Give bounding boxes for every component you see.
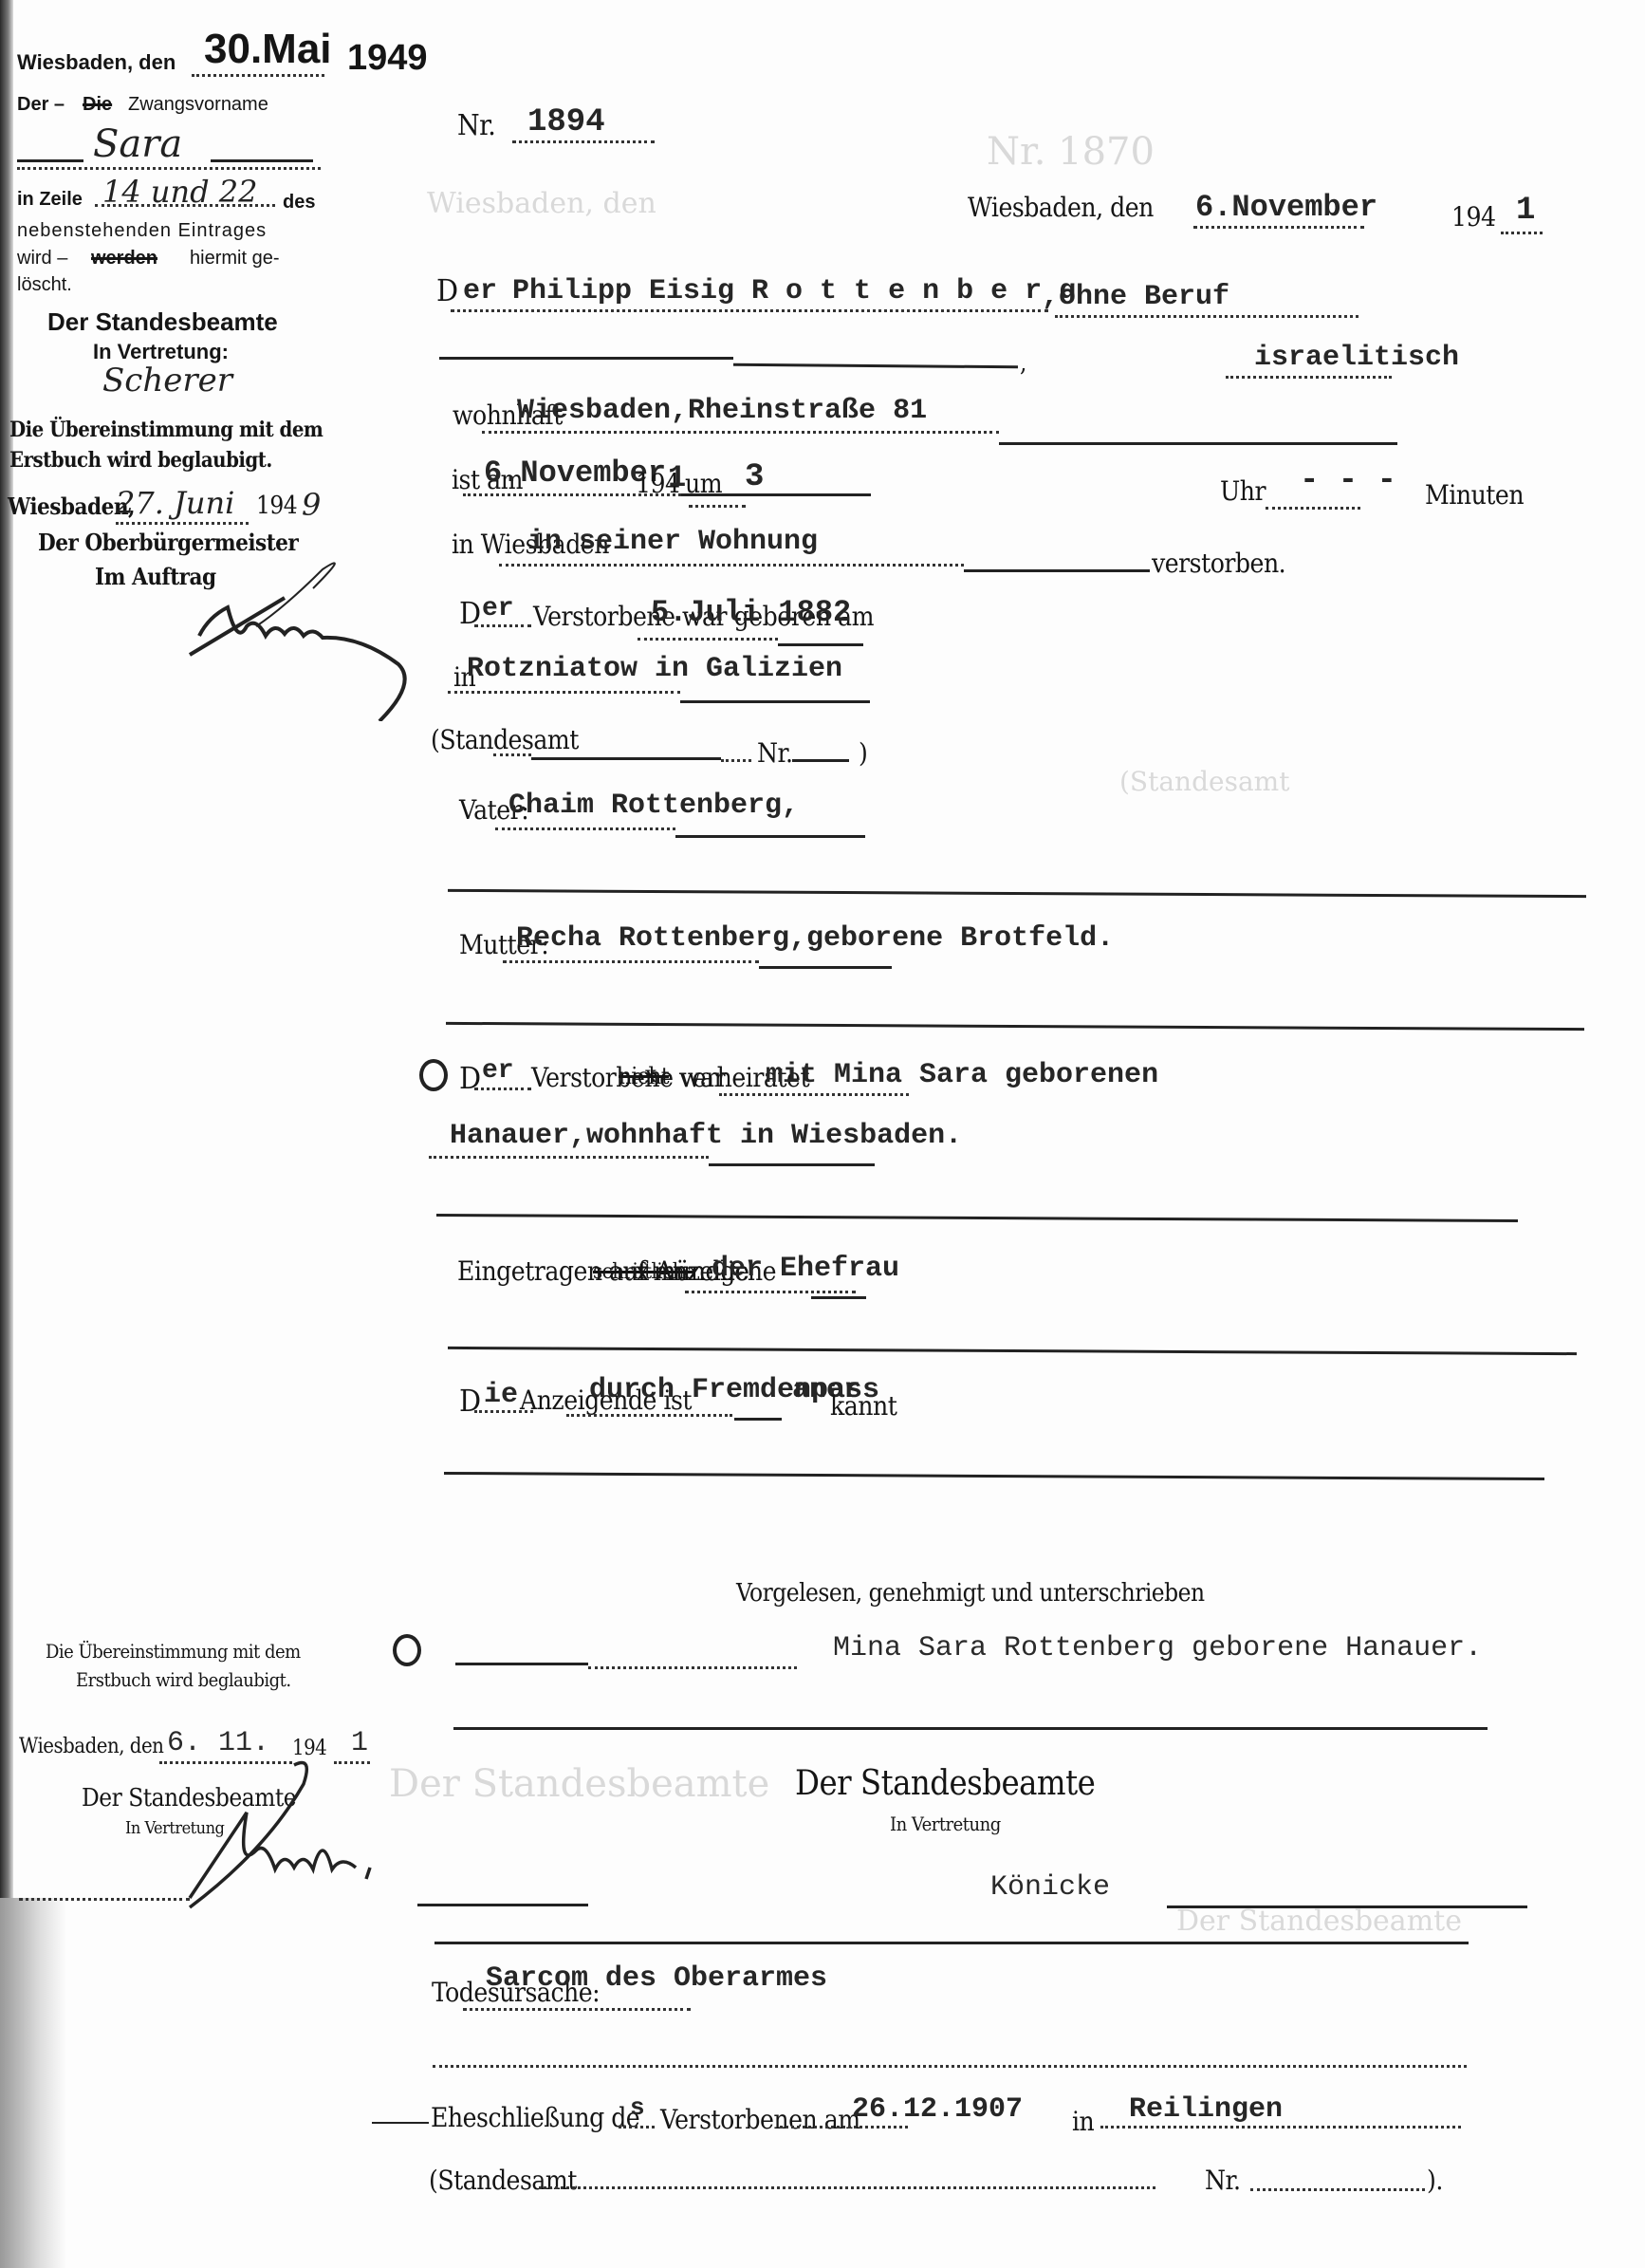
record-birth-date-line-end xyxy=(778,643,863,646)
cert1941-signature xyxy=(171,1756,398,1917)
record-married-x: x – xyxy=(645,1063,672,1086)
record-date-value: 6.November xyxy=(1195,193,1377,223)
margin-name-line-right xyxy=(211,159,313,162)
record-marriage-label-pre: Eheschließung de xyxy=(431,2105,639,2131)
record-birth-date-field-line xyxy=(638,638,778,641)
record-cause-blank-line xyxy=(433,2065,1467,2068)
bleed-through-text: Der Standesbeamte xyxy=(389,1765,769,1803)
margin-zeile-field-line xyxy=(95,204,275,207)
record-minuten-label: Minuten xyxy=(1425,482,1524,509)
cert1949-year-prefix: 194 xyxy=(256,493,297,518)
record-date-field-line xyxy=(1193,226,1364,229)
record-married-suffix-line xyxy=(474,1088,531,1090)
record-blank-line xyxy=(439,357,733,360)
margin-official-title: Der Standesbeamte xyxy=(47,309,278,334)
record-anzeigende-blank-line xyxy=(444,1472,1544,1480)
record-marriage-s-line xyxy=(619,2126,655,2129)
record-informant: der Ehefrau xyxy=(712,1255,899,1283)
record-marriage-place-field-line xyxy=(1100,2126,1461,2129)
record-death-place: in seiner Wohnung xyxy=(527,528,818,556)
record-standesamt2-label: (Standesamt xyxy=(429,2167,577,2194)
record-official-blank-line xyxy=(434,1942,1469,1944)
record-standesamt-field-line xyxy=(493,753,531,756)
margin-nebenstehenden-line: nebenstehenden Eintrages xyxy=(17,221,267,240)
record-death-place-line-end xyxy=(964,569,1150,572)
record-mother-blank-line xyxy=(446,1022,1584,1031)
record-bekannt-label: kannt xyxy=(830,1393,896,1420)
bleed-through-text: Wiesbaden, den xyxy=(427,190,656,218)
record-standesamt-nr-line xyxy=(792,759,849,762)
margin-zwangsvorname-label: Zwangsvorname xyxy=(128,95,268,114)
record-standesamt-close: ) xyxy=(859,740,867,767)
record-identification-line xyxy=(734,1418,782,1421)
bleed-through-text: Nr. 1870 xyxy=(987,133,1155,171)
cert1949-line1: Die Übereinstimmung mit dem xyxy=(9,419,323,440)
record-year-prefix: 194 xyxy=(1451,204,1496,231)
record-standesamt2-nr-label: Nr. xyxy=(1205,2167,1241,2194)
record-marriage-date-field-line xyxy=(780,2126,908,2129)
cert1941-place-label: Wiesbaden, den xyxy=(19,1737,163,1757)
record-residence-field-line xyxy=(482,431,999,434)
record-standesamt2-close: ). xyxy=(1427,2167,1443,2194)
record-death-hour: 3 xyxy=(745,461,764,493)
cert1941-line1: Die Übereinstimmung mit dem xyxy=(46,1642,301,1661)
record-birth-date: 5.Juli 1882 xyxy=(651,598,851,628)
record-spouse-field-line xyxy=(719,1093,909,1096)
record-spouse-line2: Hanauer,wohnhaft in Wiesbaden. xyxy=(450,1122,962,1150)
record-official-line-1 xyxy=(417,1904,588,1906)
bleed-through-text: Der Standesbeamte xyxy=(1176,1907,1462,1936)
margin-signature-scherer: Scherer xyxy=(102,364,232,397)
record-standesamt2-field-line xyxy=(539,2186,1155,2189)
record-death-place-field-line xyxy=(499,564,964,567)
record-married-suffix: er xyxy=(482,1058,514,1085)
record-nr-label: Nr. xyxy=(457,112,495,140)
margin-year: 1949 xyxy=(347,40,428,76)
record-religion: israelitisch xyxy=(1254,344,1459,372)
margin-name-value: Sara xyxy=(93,125,182,163)
margin-des-label: des xyxy=(283,193,315,212)
record-year-suffix: 1 xyxy=(1516,195,1535,227)
cert1941-date-value: 6. 11. xyxy=(167,1729,269,1757)
record-marriage-s: s xyxy=(630,2095,645,2120)
record-um-field-line xyxy=(689,505,746,508)
record-official-title: Der Standesbeamte xyxy=(795,1767,1095,1801)
bleed-through-text: (Standesamt xyxy=(1119,769,1289,795)
cert1949-date-field-line xyxy=(116,522,249,525)
record-mother: Recha Rottenberg,geborene Brotfeld. xyxy=(516,924,1114,953)
record-religion-field-line xyxy=(1226,376,1392,379)
record-marriage-date: 26.12.1907 xyxy=(852,2095,1023,2124)
record-signature-blank-line xyxy=(453,1727,1488,1730)
margin-zeile-value: 14 und 22 xyxy=(102,177,257,207)
record-father: Chaim Rottenberg, xyxy=(508,791,799,820)
record-father-line-end xyxy=(675,835,865,838)
record-cause-of-death: Sarcom des Oberarmes xyxy=(486,1964,827,1993)
record-death-year-suffix: 1 xyxy=(668,463,686,493)
margin-name-dotted-line xyxy=(17,167,321,170)
record-identification-field-line xyxy=(566,1414,732,1417)
margin-in-vertretung: In Vertretung: xyxy=(93,342,229,363)
record-death-minutes: - - - xyxy=(1300,465,1396,497)
record-mother-line-end xyxy=(759,966,892,969)
record-occupation: ,ohne Beruf xyxy=(1042,283,1229,311)
record-spouse-line1: mit Mina Sara geborenen xyxy=(766,1061,1158,1089)
record-standesamt2-nr-field-line xyxy=(1250,2188,1425,2191)
record-place-date-label: Wiesbaden, den xyxy=(968,195,1154,221)
record-signature-line xyxy=(455,1663,588,1665)
record-standesamt-label: (Standesamt xyxy=(431,727,579,753)
record-residence: Wiesbaden,Rheinstraße 81 xyxy=(517,397,927,425)
record-informant-blank-line xyxy=(448,1347,1577,1355)
record-nr-value: 1894 xyxy=(527,106,605,139)
record-in-vertretung: In Vertretung xyxy=(890,1814,1001,1833)
death-register-page: Nr. 1870 Wiesbaden, den (Standesamt Der … xyxy=(0,0,1645,2268)
record-marriage-place: Reilingen xyxy=(1129,2095,1283,2124)
record-marriage-in-label: in xyxy=(1072,2109,1094,2135)
margin-hiermit-label: hiermit ge- xyxy=(190,249,279,268)
margin-die-struck: Die xyxy=(83,95,112,114)
record-official-line-2 xyxy=(1167,1905,1527,1908)
record-um-label: um xyxy=(685,471,722,497)
cert1949-line2: Erstbuch wird beglaubigt. xyxy=(9,450,272,471)
record-der-suffix: er xyxy=(463,277,497,306)
cert1949-date-value: 27. Juni xyxy=(116,488,234,518)
record-informant-line-end xyxy=(811,1296,866,1299)
record-hole-punch-circle-2 xyxy=(393,1634,421,1666)
margin-wird-label: wird – xyxy=(17,249,67,268)
record-uhr-label: Uhr xyxy=(1220,478,1266,505)
page-binding-shadow-lower xyxy=(0,1898,66,2268)
cert1941-line2: Erstbuch wird beglaubigt. xyxy=(76,1670,291,1689)
record-birth-place: Rotzniatow in Galizien xyxy=(467,655,842,683)
record-spouse-line2-field-line xyxy=(429,1156,709,1159)
cert1941-year-suffix: 1 xyxy=(351,1729,368,1757)
margin-in-zeile-label: in Zeile xyxy=(17,190,83,209)
record-born-suffix: er xyxy=(482,596,514,623)
record-read-approved-label: Vorgelesen, genehmigt und unterschrieben xyxy=(736,1581,1205,1606)
record-verstorben-label: verstorben. xyxy=(1152,550,1285,577)
record-informant-field-line xyxy=(685,1291,856,1293)
record-marriage-label-post: Verstorbenen am xyxy=(660,2107,860,2133)
record-minutes-field-line xyxy=(1266,507,1360,510)
comma: , xyxy=(1020,351,1026,376)
record-born-suffix-line xyxy=(474,624,531,627)
record-nr-field-line xyxy=(512,140,655,143)
cert1941-signature-line xyxy=(19,1898,190,1901)
record-cause-field-line xyxy=(463,2008,691,2011)
record-deceased-name: Philipp Eisig R o t t e n b e r g xyxy=(512,277,1076,306)
record-standesamt-nr-label: Nr. xyxy=(757,740,793,767)
record-standesamt-field-line-2 xyxy=(721,759,751,762)
record-birth-place-line-end xyxy=(680,700,870,703)
record-year-field-line xyxy=(1501,232,1543,234)
record-anzeigende-suffix: ie xyxy=(484,1381,518,1409)
margin-geloescht-label: löscht. xyxy=(17,275,72,294)
margin-date-field-line xyxy=(192,74,324,77)
record-blank-line-2 xyxy=(733,363,1018,369)
record-informant-signature: Mina Sara Rottenberg geborene Hanauer. xyxy=(833,1634,1482,1663)
margin-date-value: 30.Mai xyxy=(204,28,332,70)
cert1949-signature xyxy=(171,531,427,721)
record-standesamt-line xyxy=(531,757,721,760)
record-name-field-line xyxy=(451,309,1048,312)
record-father-field-line xyxy=(495,827,675,830)
margin-werden-struck: werden xyxy=(91,249,157,268)
record-hole-punch-circle xyxy=(419,1059,448,1091)
record-spouse-line2-end xyxy=(709,1163,875,1166)
margin-der-label: Der – xyxy=(17,95,65,114)
record-official-name: Könicke xyxy=(990,1873,1110,1902)
record-occupation-field-line xyxy=(1055,315,1359,318)
cert1949-year-suffix: 9 xyxy=(302,490,321,520)
record-spouse-blank-line xyxy=(436,1214,1518,1222)
marriage-dash xyxy=(372,2122,429,2124)
record-father-blank-line xyxy=(448,889,1586,898)
record-residence-line-end xyxy=(999,442,1397,445)
margin-name-line-left xyxy=(17,159,83,162)
margin-place-label: Wiesbaden, den xyxy=(17,52,176,73)
record-der-prefix: D xyxy=(436,275,458,306)
record-birth-place-field-line xyxy=(448,691,680,694)
record-mother-field-line xyxy=(503,960,759,963)
record-signature-field-line xyxy=(588,1666,797,1669)
